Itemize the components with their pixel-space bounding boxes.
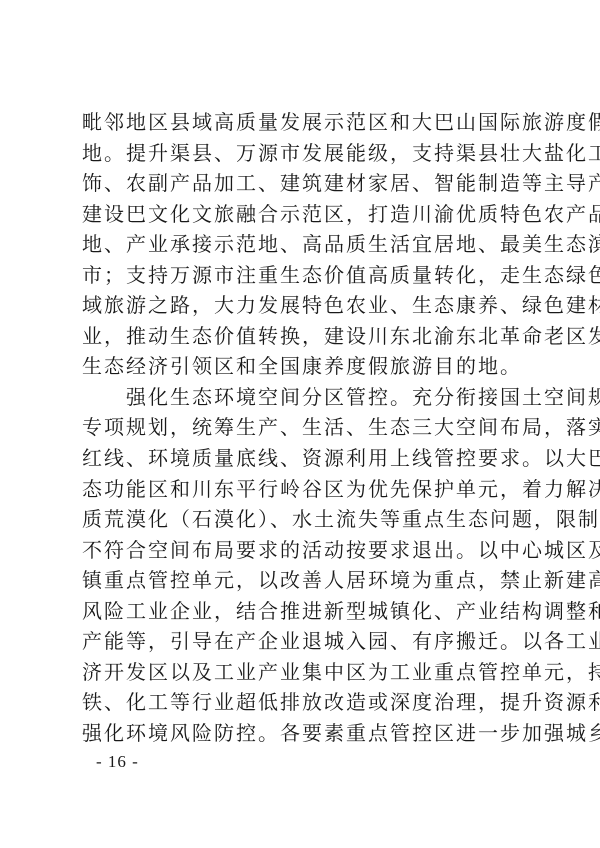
text-line: 业，推动生态价值转换，建设川东北渝东北革命老区发展示范区、 — [82, 321, 524, 352]
text-line: 不符合空间布局要求的活动按要求退出。以中心城区及县城为城 — [82, 535, 524, 566]
text-line: 建设巴文化文旅融合示范区，打造川渝优质特色农产品供应示范 — [82, 199, 524, 230]
text-line: 态功能区和川东平行岭谷区为优先保护单元，着力解决区域内石 — [82, 474, 524, 505]
text-line: 产能等，引导在产企业退城入园、有序搬迁。以各工业园区、经 — [82, 626, 524, 657]
text-line: 生态经济引领区和全国康养度假旅游目的地。 — [82, 351, 524, 382]
document-page: 毗邻地区县域高质量发展示范区和大巴山国际旅游度假区先行 地。提升渠县、万源市发展… — [0, 0, 600, 848]
paragraph-heading-line: 强化生态环境空间分区管控。充分衔接国土空间规划和各类 — [82, 382, 524, 413]
text-line: 市；支持万源市注重生态价值高质量转化，走生态绿色发展和全 — [82, 260, 524, 291]
text-line: 铁、化工等行业超低排放改造或深度治理，提升资源利用效率， — [82, 687, 524, 718]
text-line: 饰、农副产品加工、建筑建材家居、智能制造等主导产业集群， — [82, 168, 524, 199]
text-line: 地、产业承接示范地、高品质生活宜居地、最美生态滨江公园城 — [82, 229, 524, 260]
text-line: 毗邻地区县域高质量发展示范区和大巴山国际旅游度假区先行 — [82, 107, 524, 138]
text-line: 镇重点管控单元，以改善人居环境为重点，禁止新建高污染、高 — [82, 565, 524, 596]
text-line: 质荒漠化（石漠化）、水土流失等重点生态问题，限制开发活动， — [82, 504, 524, 535]
text-line: 风险工业企业，结合推进新型城镇化、产业结构调整和化解过剩 — [82, 596, 524, 627]
text-line: 地。提升渠县、万源市发展能级，支持渠县壮大盐化工、轻纺服 — [82, 138, 524, 169]
page-number: - 16 - — [96, 752, 139, 772]
text-line: 红线、环境质量底线、资源利用上线管控要求。以大巴山重要生 — [82, 443, 524, 474]
body-text: 毗邻地区县域高质量发展示范区和大巴山国际旅游度假区先行 地。提升渠县、万源市发展… — [82, 107, 524, 748]
text-line: 强化环境风险防控。各要素重点管控区进一步加强城乡生活污 — [82, 718, 524, 749]
text-line: 济开发区以及工业产业集中区为工业重点管控单元，持续推进钢 — [82, 657, 524, 688]
text-line: 专项规划，统筹生产、生活、生态三大空间布局，落实生态保护 — [82, 412, 524, 443]
text-line: 域旅游之路，大力发展特色农业、生态康养、绿色建材等主导行 — [82, 290, 524, 321]
